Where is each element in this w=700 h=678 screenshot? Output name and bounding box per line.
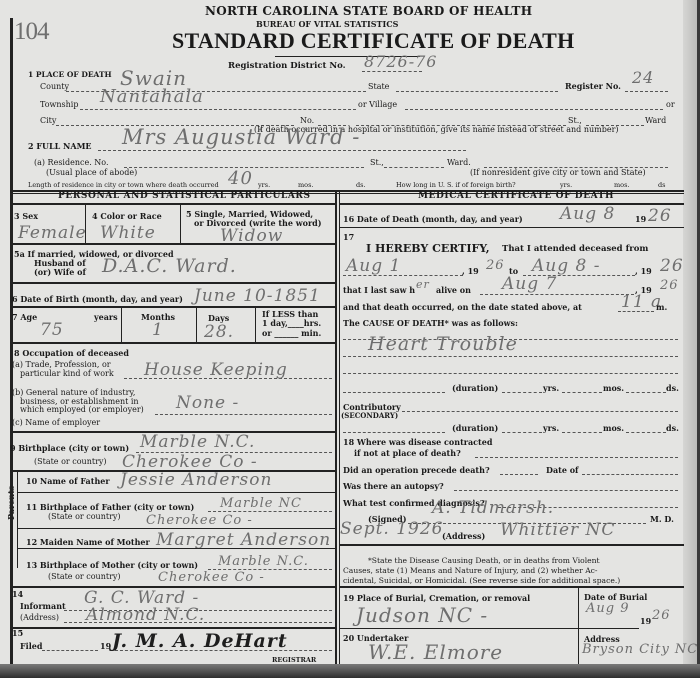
residence-label: (a) Residence. No. [34, 158, 109, 167]
date-of-death-label: 16 Date of Death (month, day, and year) [343, 214, 523, 224]
employer-label: (c) Name of employer [12, 418, 100, 427]
signed-date-value[interactable]: Sept. 1926 [340, 519, 444, 539]
race-label: 4 Color or Race [92, 211, 162, 221]
informant-address-label: (Address) [20, 613, 59, 622]
trade-value[interactable]: House Keeping [144, 360, 288, 380]
attended-from-value[interactable]: Aug 1 [346, 256, 401, 276]
personal-section-title: PERSONAL AND STATISTICAL PARTICULARS [58, 191, 311, 201]
state-label: State [368, 82, 389, 91]
cause-of-death-label: The CAUSE OF DEATH* was as follows: [343, 318, 518, 328]
mother-birthplace-city-value[interactable]: Marble N.C. [218, 554, 309, 569]
informant-address-value[interactable]: Almond N.C. [86, 605, 205, 625]
registrar-signature[interactable]: J. M. A. DeHart [112, 630, 288, 652]
certify-heading: I HEREBY CERTIFY, [366, 242, 490, 255]
birthplace-state-value[interactable]: Cherokee Co - [122, 452, 258, 472]
last-saw-value[interactable]: Aug 7 [502, 274, 557, 294]
burial-place-value[interactable]: Judson NC - [356, 603, 488, 627]
scan-shadow [0, 664, 700, 678]
nonresident-note: (If nonresident give city or town and St… [470, 168, 646, 177]
spouse-value[interactable]: D.A.C. Ward. [102, 255, 237, 277]
last-saw-year[interactable]: 26 [660, 278, 679, 293]
place-of-death-label: 1 PLACE OF DEATH [28, 70, 112, 79]
attended-to-year[interactable]: 26 [660, 256, 684, 276]
physician-address-label: (Address) [442, 531, 485, 541]
residence-ward-label: Ward. [447, 158, 471, 167]
occupation-label: 8 Occupation of deceased [14, 348, 129, 358]
race-value[interactable]: White [100, 223, 156, 243]
physician-address-value[interactable]: Whittier NC [500, 520, 615, 540]
father-name-value[interactable]: Jessie Anderson [120, 470, 272, 490]
burial-place-label: 19 Place of Burial, Cremation, or remova… [343, 593, 530, 603]
age-months-value[interactable]: 1 [152, 320, 164, 340]
last-saw-label: that I last saw h [343, 285, 415, 295]
father-name-label: 10 Name of Father [26, 476, 110, 486]
village-label: or Village [358, 100, 397, 109]
length-of-residence-label: Length of residence in city or town wher… [28, 181, 219, 189]
informant-label: Informant [20, 601, 66, 611]
or-label: or [666, 100, 675, 109]
burial-date-year[interactable]: 26 [652, 608, 671, 623]
register-no-label: Register No. [565, 81, 621, 91]
filed-label: Filed [20, 641, 42, 651]
cause-footnote: *State the Disease Causing Death, or in … [368, 556, 600, 565]
undertaker-value[interactable]: W.E. Elmore [368, 640, 503, 664]
sex-label: 3 Sex [14, 211, 38, 221]
cause-of-death-value[interactable]: Heart Trouble [368, 333, 518, 355]
registration-district-label: Registration District No. [228, 61, 346, 71]
age-days-value[interactable]: 28. [204, 322, 234, 342]
county-label: County [40, 82, 69, 91]
attended-to-value[interactable]: Aug 8 - [532, 256, 600, 276]
autopsy-label: Was there an autopsy? [343, 481, 444, 491]
date-of-death-value[interactable]: Aug 8 [560, 204, 615, 224]
birthplace-city-value[interactable]: Marble N.C. [140, 432, 255, 452]
physician-signature[interactable]: A. Tidmarsh. [432, 498, 554, 518]
mother-birthplace-state-value[interactable]: Cherokee Co - [158, 570, 265, 585]
death-time-label: and that death occurred, on the date sta… [343, 302, 582, 312]
sex-value[interactable]: Female [18, 223, 87, 243]
attended-from-year[interactable]: 26 [486, 258, 505, 273]
father-birthplace-city-value[interactable]: Marble NC [220, 496, 302, 511]
parents-label: Parents [6, 486, 16, 520]
date-of-birth-value[interactable]: June 10-1851 [194, 286, 321, 306]
st-label: St., [568, 116, 582, 125]
registrar-label: REGISTRAR [272, 656, 316, 664]
date-of-death-year[interactable]: 26 [648, 206, 672, 226]
mother-name-value[interactable]: Margret Anderson [156, 530, 331, 550]
foreign-birth-label: How long in U. S. if of foreign birth? [396, 181, 516, 189]
length-of-residence-years[interactable]: 40 [228, 168, 253, 189]
ward-label: Ward [645, 116, 666, 125]
registration-district-value[interactable]: 8726-76 [364, 52, 437, 71]
age-years-value[interactable]: 75 [40, 320, 64, 340]
residence-sublabel: (Usual place of abode) [46, 168, 137, 177]
father-birthplace-state-value[interactable]: Cherokee Co - [146, 513, 253, 528]
full-name-value[interactable]: Mrs Augustia Ward - [122, 125, 360, 149]
certificate-title: STANDARD CERTIFICATE OF DEATH [172, 28, 575, 54]
sheet-number: 104 [14, 18, 49, 46]
mother-birthplace-label: 13 Birthplace of Mother (city or town) [26, 560, 198, 570]
industry-value[interactable]: None - [176, 393, 239, 413]
no-label: No. [300, 116, 314, 125]
register-no-value[interactable]: 24 [632, 68, 654, 87]
age-label: 7 Age [12, 312, 37, 322]
mother-name-label: 12 Maiden Name of Mother [26, 537, 150, 547]
township-value[interactable]: Nantahala [100, 86, 204, 107]
father-birthplace-label: 11 Birthplace of Father (city or town) [26, 502, 194, 512]
residence-st-label: St., [370, 158, 384, 167]
township-label: Township [40, 100, 78, 109]
disease-contracted-label: 18 Where was disease contracted [343, 437, 492, 447]
birthplace-label: 9 Birthplace (city or town) [10, 443, 129, 453]
city-label: City [40, 116, 56, 125]
operation-date-label: Date of [546, 465, 578, 475]
medical-section-title: MEDICAL CERTIFICATE OF DEATH [418, 191, 614, 201]
date-of-birth-label: 6 Date of Birth (month, day, and year) [12, 294, 183, 304]
burial-date-value[interactable]: Aug 9 [586, 601, 630, 616]
undertaker-address-value[interactable]: Bryson City NC [582, 642, 698, 657]
operation-label: Did an operation precede death? [343, 465, 490, 475]
full-name-label: 2 FULL NAME [28, 141, 92, 151]
board-title: NORTH CAROLINA STATE BOARD OF HEALTH [205, 4, 532, 18]
death-certificate-page: 104 NORTH CAROLINA STATE BOARD OF HEALTH… [0, 0, 697, 668]
